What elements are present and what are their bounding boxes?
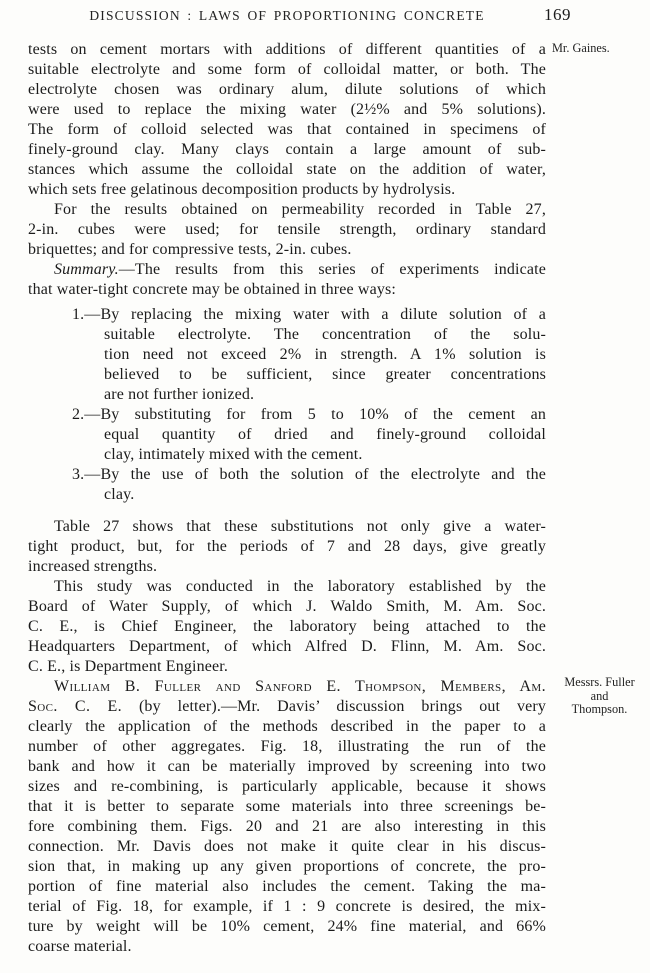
line-text: suitable electrolyte. The concentration … — [104, 326, 546, 343]
line-text: coarse material. — [28, 938, 132, 955]
text-line: bank and how it can be materially improv… — [28, 757, 546, 777]
text-line: Board of Water Supply, of which J. Waldo… — [28, 597, 546, 617]
text-line: equal quantity of dried and finely-groun… — [104, 425, 546, 445]
text-line: suitable electrolyte and some form of co… — [28, 60, 546, 80]
line-text: believed to be sufficient, since greater… — [104, 366, 546, 383]
line-text: ture by weight will be 10% cement, 24% f… — [28, 918, 546, 935]
text-line: 1.—By replacing the mixing water with a … — [72, 305, 546, 325]
text-line: tion need not exceed 2% in strength. A 1… — [104, 345, 546, 365]
text-line: that it is better to separate some mater… — [28, 797, 546, 817]
line-text: finely-ground clay. Many clays contain a… — [28, 141, 546, 158]
line-text: terial of Fig. 18, for example, if 1 : 9… — [28, 898, 546, 915]
line-text: C. E., is Department Engineer. — [28, 658, 228, 675]
line-text: that water-tight concrete may be obtaine… — [28, 281, 396, 298]
line-text: tests on cement mortars with additions o… — [28, 41, 546, 58]
text-line: fore combining them. Figs. 20 and 21 are… — [28, 817, 546, 837]
italic-lead-text: Summary. — [54, 261, 119, 278]
text-line: 2-in. cubes were used; for tensile stren… — [28, 220, 546, 240]
page-number: 169 — [544, 5, 614, 25]
list-item: 1.—By replacing the mixing water with a … — [28, 305, 546, 405]
text-line: portion of fine material also includes t… — [28, 877, 546, 897]
paragraph: William B. Fuller and Sanford E. Thompso… — [28, 677, 546, 957]
line-text: portion of fine material also includes t… — [28, 878, 546, 895]
line-text: suitable electrolyte and some form of co… — [28, 61, 546, 78]
line-text: Table 27 shows that these substitutions … — [54, 518, 546, 535]
text-line: which sets free gelatinous decomposition… — [28, 180, 546, 200]
list-item: 2.—By substituting for from 5 to 10% of … — [28, 405, 546, 465]
line-text: C. E., is Chief Engineer, the laboratory… — [28, 618, 546, 635]
text-line: C. E., is Chief Engineer, the laboratory… — [28, 617, 546, 637]
text-line: stances which assume the colloidal state… — [28, 160, 546, 180]
paragraph: Summary.—The results from this series of… — [28, 260, 546, 300]
line-text: increased strengths. — [28, 558, 157, 575]
line-text: equal quantity of dried and finely-groun… — [104, 426, 546, 443]
line-text: which sets free gelatinous decomposition… — [28, 181, 455, 198]
line-text: tight product, but, for the periods of 7… — [28, 538, 546, 555]
line-text: clay, intimately mixed with the cement. — [104, 446, 363, 463]
text-line: This study was conducted in the laborato… — [28, 577, 546, 597]
paragraph: For the results obtained on permeability… — [28, 200, 546, 260]
line-text: fore combining them. Figs. 20 and 21 are… — [28, 818, 546, 835]
line-text: The form of colloid selected was that co… — [28, 121, 546, 138]
text-line: clay. — [104, 485, 546, 505]
text-line: electrolyte chosen was ordinary alum, di… — [28, 80, 546, 100]
text-line: The form of colloid selected was that co… — [28, 120, 546, 140]
line-text: sion that, in making up any given propor… — [28, 858, 546, 875]
margin-note: Messrs. FullerandThompson. — [552, 676, 647, 717]
margin-note: Mr. Gaines. — [552, 42, 647, 56]
text-line: C. E., is Department Engineer. — [28, 657, 546, 677]
margin-note-line: Thompson. — [552, 703, 647, 717]
text-line: were used to replace the mixing water (2… — [28, 100, 546, 120]
text-line: clearly the application of the methods d… — [28, 717, 546, 737]
line-text: tion need not exceed 2% in strength. A 1… — [104, 346, 546, 363]
text-line: terial of Fig. 18, for example, if 1 : 9… — [28, 897, 546, 917]
text-line: tight product, but, for the periods of 7… — [28, 537, 546, 557]
paragraph: tests on cement mortars with additions o… — [28, 40, 546, 200]
line-text: 3.—By the use of both the solution of th… — [72, 466, 546, 483]
text-line: For the results obtained on permeability… — [28, 200, 546, 220]
text-line: Soc. C. E. (by letter).—Mr. Davis’ discu… — [28, 697, 546, 717]
text-line: clay, intimately mixed with the cement. — [104, 445, 546, 465]
margin-note-line: Messrs. Fuller — [552, 676, 647, 690]
margin-note-line: Mr. Gaines. — [552, 42, 647, 56]
text-line: believed to be sufficient, since greater… — [104, 365, 546, 385]
line-text: clay. — [104, 486, 134, 503]
line-text: For the results obtained on permeability… — [54, 201, 546, 218]
paragraph: This study was conducted in the laborato… — [28, 577, 546, 677]
text-line: ture by weight will be 10% cement, 24% f… — [28, 917, 546, 937]
text-line: 3.—By the use of both the solution of th… — [72, 465, 546, 485]
text-line: tests on cement mortars with additions o… — [28, 40, 546, 60]
text-column: tests on cement mortars with additions o… — [28, 40, 546, 957]
text-line: connection. Mr. Davis does not make it q… — [28, 837, 546, 857]
text-line: finely-ground clay. Many clays contain a… — [28, 140, 546, 160]
line-text: connection. Mr. Davis does not make it q… — [28, 838, 546, 855]
list-item: 3.—By the use of both the solution of th… — [28, 465, 546, 505]
smallcaps-text: Soc. C. E. — [28, 698, 122, 715]
text-line: Summary.—The results from this series of… — [28, 260, 546, 280]
text-line: number of other aggregates. Fig. 18, ill… — [28, 737, 546, 757]
line-text: clearly the application of the methods d… — [28, 718, 546, 735]
text-line: Table 27 shows that these substitutions … — [28, 517, 546, 537]
text-line: briquettes; and for compressive tests, 2… — [28, 240, 546, 260]
line-text: bank and how it can be materially improv… — [28, 758, 546, 775]
margin-note-line: and — [552, 690, 647, 704]
line-text: electrolyte chosen was ordinary alum, di… — [28, 81, 546, 98]
line-text: briquettes; and for compressive tests, 2… — [28, 241, 352, 258]
line-text: stances which assume the colloidal state… — [28, 161, 546, 178]
line-text: sizes and re-combining, is particularly … — [28, 778, 546, 795]
line-text: Board of Water Supply, of which J. Waldo… — [28, 598, 546, 615]
text-line: sizes and re-combining, is particularly … — [28, 777, 546, 797]
line-text: Headquarters Department, of which Alfred… — [28, 638, 546, 655]
text-line: that water-tight concrete may be obtaine… — [28, 280, 546, 300]
text-line: William B. Fuller and Sanford E. Thompso… — [28, 677, 546, 697]
line-text: 1.—By replacing the mixing water with a … — [72, 306, 546, 323]
text-line: increased strengths. — [28, 557, 546, 577]
paragraph: Table 27 shows that these substitutions … — [28, 517, 546, 577]
smallcaps-text: William B. Fuller and Sanford E. Thompso… — [54, 678, 546, 695]
text-line: coarse material. — [28, 937, 546, 957]
text-line: sion that, in making up any given propor… — [28, 857, 546, 877]
scanned-book-page: DISCUSSION : LAWS OF PROPORTIONING CONCR… — [0, 0, 650, 973]
line-text: 2-in. cubes were used; for tensile stren… — [28, 221, 546, 238]
line-text: are not further ionized. — [104, 386, 254, 403]
line-text: number of other aggregates. Fig. 18, ill… — [28, 738, 546, 755]
line-text: —The results from this series of experim… — [119, 261, 546, 278]
text-line: are not further ionized. — [104, 385, 546, 405]
text-line: 2.—By substituting for from 5 to 10% of … — [72, 405, 546, 425]
line-text: were used to replace the mixing water (2… — [28, 101, 546, 118]
line-text: that it is better to separate some mater… — [28, 798, 546, 815]
running-head-title: DISCUSSION : LAWS OF PROPORTIONING CONCR… — [28, 8, 546, 24]
line-text: 2.—By substituting for from 5 to 10% of … — [72, 406, 546, 423]
line-text: (by letter).—Mr. Davis’ discussion bring… — [122, 698, 546, 715]
text-line: suitable electrolyte. The concentration … — [104, 325, 546, 345]
text-line: Headquarters Department, of which Alfred… — [28, 637, 546, 657]
line-text: This study was conducted in the laborato… — [54, 578, 546, 595]
